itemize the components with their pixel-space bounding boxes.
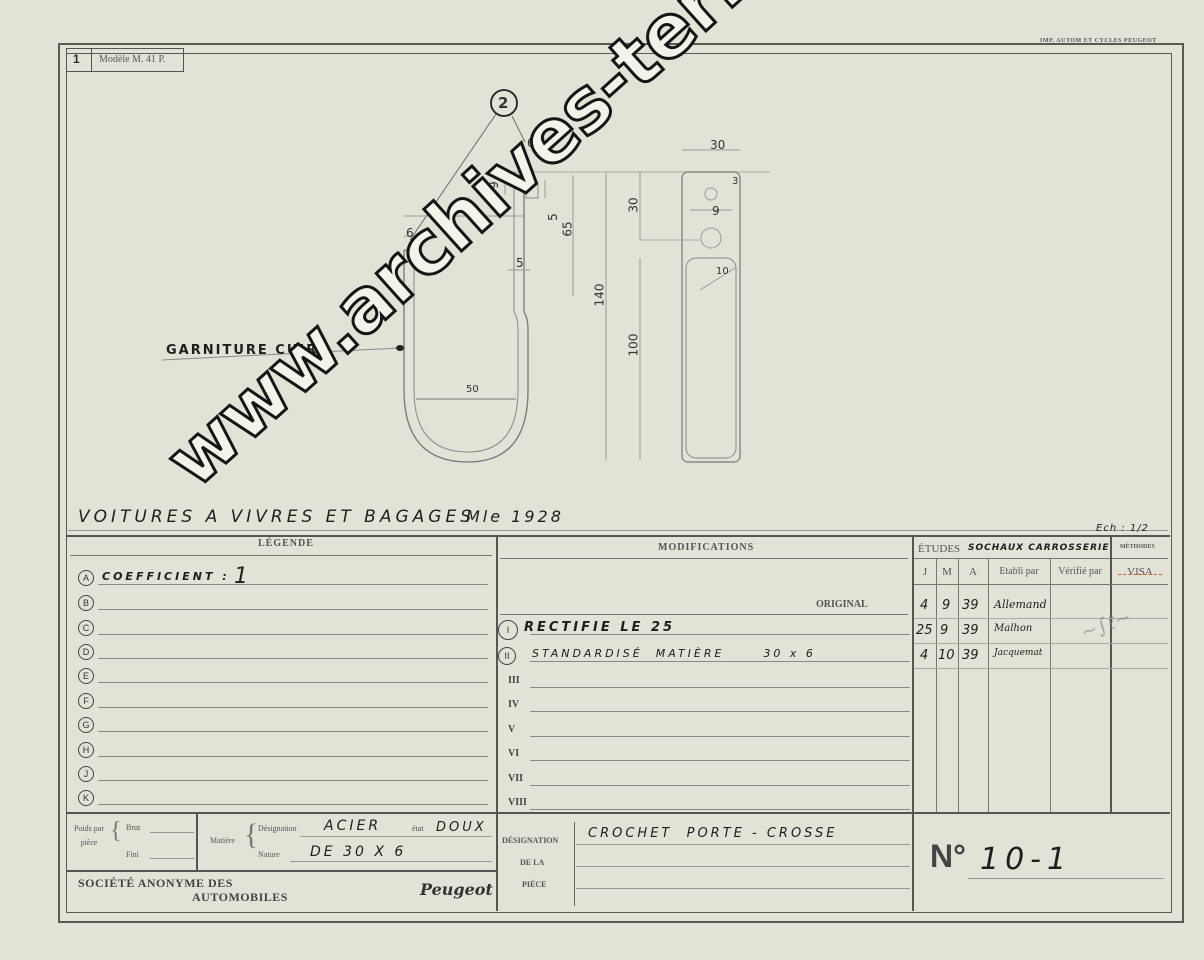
modification-num-5: V <box>508 724 515 735</box>
part-designation-label-1: DÉSIGNATION <box>502 836 558 845</box>
modification-num-8: VIII <box>508 797 527 808</box>
dim-100: 100 <box>626 334 640 357</box>
legend-row-j: J <box>78 766 488 790</box>
modification-num-6: VI <box>508 748 519 759</box>
legend-row-h: H <box>78 742 488 766</box>
legend-letter-a: A <box>78 570 94 586</box>
col-etabli: Etabli par <box>988 566 1050 577</box>
legend-letter-b: B <box>78 595 94 611</box>
part-designation-label-2: DE LA <box>520 858 544 867</box>
methods-header: MÉTHODES <box>1120 544 1155 550</box>
part-designation-label-3: PIÈCE <box>522 880 546 889</box>
col-a: A <box>958 566 988 578</box>
material-designation-label: Désignation <box>258 824 297 833</box>
material-nature-label: Nature <box>258 850 280 859</box>
legend-row-b: B <box>78 595 488 619</box>
material-state-value: DOUX <box>436 820 487 835</box>
studies-department: SOCHAUX CARROSSERIE <box>968 543 1110 553</box>
col-verifie: Vérifié par <box>1050 566 1110 577</box>
study-row-3: 4 10 39 Jacquemat <box>914 648 1110 668</box>
modification-num-7: VII <box>508 773 523 784</box>
legend-letter-d: D <box>78 644 94 660</box>
dim-10-radius: 10 <box>716 266 729 277</box>
legend-letter-c: C <box>78 620 94 636</box>
modification-row-1: I RECTIFIE LE 25 <box>506 620 910 644</box>
company-line-2: AUTOMOBILES <box>192 890 288 905</box>
study-row-1: 4 9 39 Allemand <box>914 598 1110 618</box>
legend-text-a: COEFFICIENT : <box>102 570 230 583</box>
modification-text-2: STANDARDISÉ MATIÈRE 30 x 6 <box>532 647 816 660</box>
col-visa: VISA <box>1112 566 1168 578</box>
vehicle-title: VOITURES A VIVRES ET BAGAGES <box>78 507 475 527</box>
legend-row-d: D <box>78 644 488 668</box>
study-month-3: 10 <box>938 648 955 663</box>
legend-row-g: G <box>78 717 488 741</box>
dim-3-radius: 3 <box>732 176 738 187</box>
col-j: J <box>914 566 936 578</box>
legend-row-k: K <box>78 790 488 814</box>
material-state-label: état <box>412 824 424 833</box>
dim-65: 65 <box>561 221 575 236</box>
modification-num-2: II <box>498 647 516 665</box>
legend-header: LÉGENDE <box>258 538 314 549</box>
dim-140: 140 <box>592 284 606 307</box>
material-label: Matière <box>210 836 235 845</box>
study-day-2: 25 <box>916 623 933 638</box>
company-line-1: SOCIÉTÉ ANONYME DES <box>78 876 233 891</box>
study-month-2: 9 <box>940 623 948 638</box>
weight-brut-label: Brut <box>126 823 140 832</box>
study-year-1: 39 <box>962 598 979 613</box>
modification-num-1: I <box>498 620 518 640</box>
part-name: CROCHET PORTE - CROSSE <box>588 826 837 841</box>
study-day-1: 4 <box>920 598 928 613</box>
modification-row-3: III <box>506 673 910 697</box>
modification-row-2: II STANDARDISÉ MATIÈRE 30 x 6 <box>506 647 910 671</box>
modification-row-7: VII <box>506 771 910 795</box>
study-author-3: Jacquemat <box>994 648 1042 658</box>
studies-header: ÉTUDES <box>918 543 960 555</box>
modification-num-3: III <box>508 675 520 686</box>
modification-row-5: V <box>506 722 910 746</box>
dim-30-width: 30 <box>710 138 725 152</box>
material-designation-value: ACIER <box>324 818 381 834</box>
study-day-3: 4 <box>920 648 928 663</box>
modification-row-4: IV <box>506 697 910 721</box>
study-year-3: 39 <box>962 648 979 663</box>
legend-letter-k: K <box>78 790 94 806</box>
drawing-sheet: 1 Modèle M. 41 P. IMP. AUTOM ET CYCLES P… <box>0 0 1204 960</box>
dim-9-hole: 9 <box>712 204 720 218</box>
legend-letter-h: H <box>78 742 94 758</box>
original-label: ORIGINAL <box>816 599 868 610</box>
legend-letter-g: G <box>78 717 94 733</box>
legend-row-a: A COEFFICIENT : 1 <box>78 570 488 594</box>
modification-row-8: VIII <box>506 795 910 819</box>
part-number-prefix: N° <box>930 838 966 875</box>
legend-letter-e: E <box>78 668 94 684</box>
weight-label: Poids par pièce <box>74 822 104 850</box>
study-author-2: Malhon <box>994 623 1032 634</box>
modifications-header: MODIFICATIONS <box>658 542 754 553</box>
study-year-2: 39 <box>962 623 979 638</box>
study-author-1: Allemand <box>994 598 1047 611</box>
scale-label: Ech : 1/2 <box>1096 523 1149 534</box>
dim-5-top: 5 <box>546 213 560 221</box>
dim-50: 50 <box>466 384 479 395</box>
callout-label: 2 <box>498 94 508 112</box>
legend-row-f: F <box>78 693 488 717</box>
legend-value-a: 1 <box>234 564 251 589</box>
modification-row-6: VI <box>506 746 910 770</box>
col-m: M <box>936 566 958 578</box>
model-year: Mle 1928 <box>466 507 564 526</box>
modification-num-4: IV <box>508 699 519 710</box>
legend-row-e: E <box>78 668 488 692</box>
legend-letter-j: J <box>78 766 94 782</box>
dim-5-mid: 5 <box>516 256 524 270</box>
study-month-1: 9 <box>942 598 950 613</box>
weight-fini-label: Fini <box>126 850 139 859</box>
legend-letter-f: F <box>78 693 94 709</box>
modification-text-1: RECTIFIE LE 25 <box>524 620 675 635</box>
peugeot-logo: Peugeot <box>420 880 493 899</box>
material-nature-value: DE 30 X 6 <box>310 844 406 860</box>
dim-30-height: 30 <box>627 197 641 212</box>
part-number: 10-1 <box>980 842 1072 877</box>
legend-row-c: C <box>78 620 488 644</box>
